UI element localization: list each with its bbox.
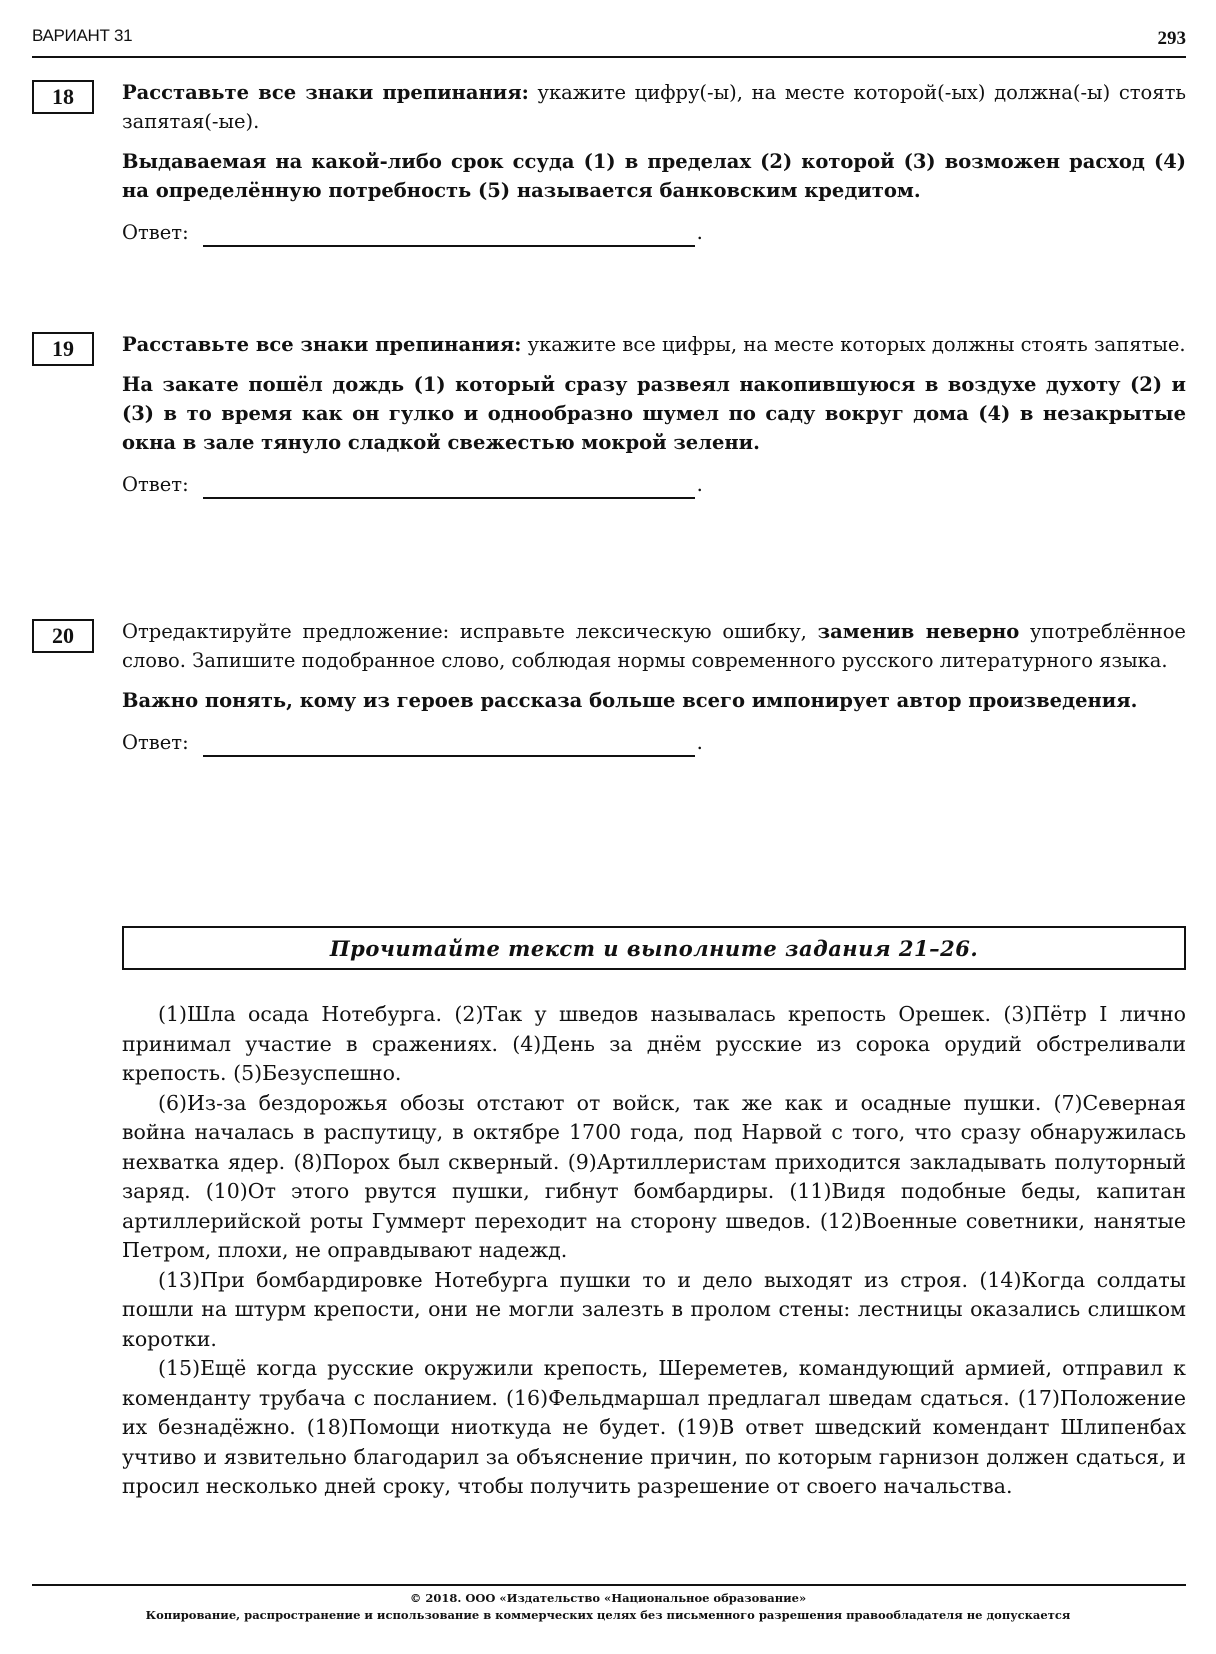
answer-period: . (697, 218, 703, 247)
answer-row: Ответ: . (122, 727, 1186, 757)
paragraph: (15)Ещё когда русские окружили крепость,… (122, 1354, 1186, 1502)
answer-period: . (697, 470, 703, 499)
page-footer: © 2018. ООО «Издательство «Национальное … (0, 1590, 1216, 1624)
copyright: © 2018. ООО «Издательство «Национальное … (0, 1590, 1216, 1607)
task-instruction: Расставьте все знаки препинания: укажите… (122, 330, 1186, 359)
task-18: 18 Расставьте все знаки препинания: укаж… (32, 78, 1186, 247)
instruction-text: укажите все цифры, на месте которых долж… (521, 333, 1185, 356)
task-instruction: Расставьте все знаки препинания: укажите… (122, 78, 1186, 136)
answer-field[interactable] (203, 223, 695, 247)
answer-period: . (697, 728, 703, 757)
task-sentence: На закате пошёл дождь (1) который сразу … (122, 370, 1186, 457)
task-sentence: Выдаваемая на какой-либо срок ссуда (1) … (122, 147, 1186, 205)
reading-prompt: Прочитайте текст и выполните задания 21–… (330, 936, 978, 961)
instruction-bold: Расставьте все знаки препинания: (122, 333, 521, 356)
reading-text: (1)Шла осада Нотебурга. (2)Так у шведов … (122, 1000, 1186, 1502)
answer-row: Ответ: . (122, 217, 1186, 247)
paragraph: (1)Шла осада Нотебурга. (2)Так у шведов … (122, 1000, 1186, 1089)
task-sentence: Важно понять, кому из героев рассказа бо… (122, 686, 1186, 715)
reading-prompt-box: Прочитайте текст и выполните задания 21–… (122, 926, 1186, 970)
answer-label: Ответ: (122, 218, 189, 247)
paragraph: (13)При бомбардировке Нотебурга пушки то… (122, 1266, 1186, 1355)
task-number-box: 19 (32, 332, 94, 366)
page-header: ВАРИАНТ 31 293 (32, 22, 1186, 58)
answer-label: Ответ: (122, 470, 189, 499)
task-instruction: Отредактируйте предложение: исправьте ле… (122, 617, 1186, 675)
instruction-bold: Расставьте все знаки препинания: (122, 81, 529, 104)
copy-notice: Копирование, распространение и использов… (0, 1607, 1216, 1624)
answer-field[interactable] (203, 733, 695, 757)
answer-field[interactable] (203, 475, 695, 499)
variant-title: ВАРИАНТ 31 (32, 26, 132, 46)
task-number-box: 18 (32, 80, 94, 114)
answer-label: Ответ: (122, 728, 189, 757)
task-20: 20 Отредактируйте предложение: исправьте… (32, 617, 1186, 757)
paragraph: (6)Из-за бездорожья обозы отстают от вой… (122, 1089, 1186, 1266)
answer-row: Ответ: . (122, 469, 1186, 499)
footer-divider (32, 1584, 1186, 1586)
page-number: 293 (1158, 28, 1187, 50)
task-number-box: 20 (32, 619, 94, 653)
instruction-bold: заменив неверно (818, 620, 1020, 643)
instruction-text: Отредактируйте предложение: исправьте ле… (122, 620, 818, 643)
task-19: 19 Расставьте все знаки препинания: укаж… (32, 330, 1186, 499)
